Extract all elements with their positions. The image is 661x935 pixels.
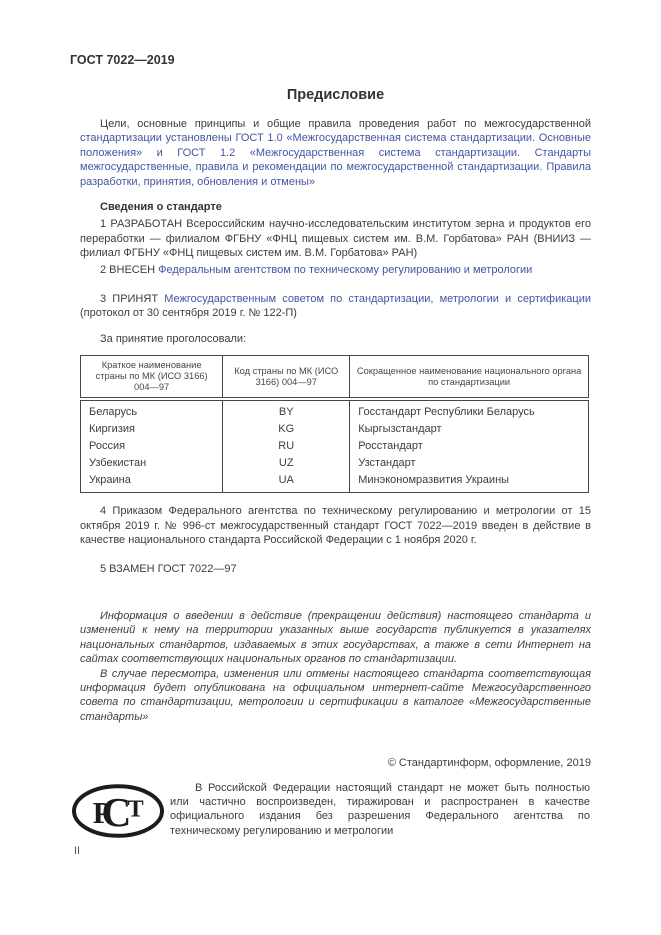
table-cell-code: UZ — [223, 455, 350, 472]
table-cell-country: Россия — [81, 438, 223, 455]
table-cell-country: Киргизия — [81, 421, 223, 438]
table-cell-body: Росстандарт — [350, 438, 589, 455]
table-row: Россия RU Росстандарт — [81, 438, 589, 455]
item-3-protocol: (протокол от 30 сентября 2019 г. № 122-П… — [80, 307, 297, 319]
item-3-number: 3 ПРИНЯТ — [100, 293, 164, 305]
svg-text:Р: Р — [93, 796, 112, 830]
document-page: ГОСТ 7022—2019 Предисловие Цели, основны… — [0, 0, 661, 935]
table-cell-country: Беларусь — [81, 399, 223, 421]
standard-info-heading: Сведения о стандарте — [80, 200, 591, 214]
intro-standards-reference: стандартизации установлены ГОСТ 1.0 «Меж… — [80, 132, 591, 187]
table-row: Киргизия KG Кыргызстандарт — [81, 421, 589, 438]
item-3-council-reference: Межгосударственным советом по стандартиз… — [164, 293, 591, 305]
preface-body: Цели, основные принципы и общие правила … — [80, 117, 591, 724]
intro-paragraph: Цели, основные принципы и общие правила … — [80, 117, 591, 189]
table-cell-body: Кыргызстандарт — [350, 421, 589, 438]
voting-table: Краткое наименование страны по МК (ИСО 3… — [80, 355, 589, 493]
page-title: Предисловие — [80, 87, 591, 103]
column-header-body: Сокращенное наименование национального о… — [350, 356, 589, 400]
item-2-number: 2 ВНЕСЕН — [100, 264, 158, 276]
table-cell-body: Минэкономразвития Украины — [350, 472, 589, 493]
page-number: II — [74, 845, 80, 857]
copyright-line: © Стандартинформ, оформление, 2019 — [80, 757, 591, 769]
table-header-row: Краткое наименование страны по МК (ИСО 3… — [81, 356, 589, 400]
table-cell-code: KG — [223, 421, 350, 438]
reproduction-restriction: В Российской Федерации настоящий стандар… — [170, 781, 590, 838]
table-row: Узбекистан UZ Узстандарт — [81, 455, 589, 472]
svg-text:Т: Т — [128, 797, 144, 823]
table-cell-code: RU — [223, 438, 350, 455]
table-cell-country: Украина — [81, 472, 223, 493]
item-1-developed: 1 РАЗРАБОТАН Всероссийским научно-исслед… — [80, 217, 591, 260]
vote-caption: За принятие проголосовали: — [80, 332, 591, 346]
item-5-replaces: 5 ВЗАМЕН ГОСТ 7022—97 — [80, 562, 591, 576]
item-2-submitted: 2 ВНЕСЕН Федеральным агентством по техни… — [80, 263, 591, 277]
column-header-country: Краткое наименование страны по МК (ИСО 3… — [81, 356, 223, 400]
intro-text: Цели, основные принципы и общие правила … — [100, 118, 591, 130]
table-cell-body: Госстандарт Республики Беларусь — [350, 399, 589, 421]
table-cell-body: Узстандарт — [350, 455, 589, 472]
note-paragraph-revision: В случае пересмотра, изменения или отмен… — [80, 667, 591, 725]
column-header-code: Код страны по МК (ИСО 3166) 004—97 — [223, 356, 350, 400]
table-cell-code: BY — [223, 399, 350, 421]
table-cell-code: UA — [223, 472, 350, 493]
doc-code: ГОСТ 7022—2019 — [70, 53, 175, 67]
table-row: Украина UA Минэкономразвития Украины — [81, 472, 589, 493]
rst-conformity-mark-icon: С Р Т — [70, 783, 166, 839]
item-2-agency-reference: Федеральным агентством по техническому р… — [158, 264, 532, 276]
item-4-order: 4 Приказом Федерального агентства по тех… — [80, 504, 591, 547]
item-3-adopted: 3 ПРИНЯТ Межгосударственным советом по с… — [80, 292, 591, 321]
table-row: Беларусь BY Госстандарт Республики Белар… — [81, 399, 589, 421]
note-block: Информация о введении в действие (прекра… — [80, 609, 591, 724]
note-paragraph-publication: Информация о введении в действие (прекра… — [80, 609, 591, 667]
table-cell-country: Узбекистан — [81, 455, 223, 472]
